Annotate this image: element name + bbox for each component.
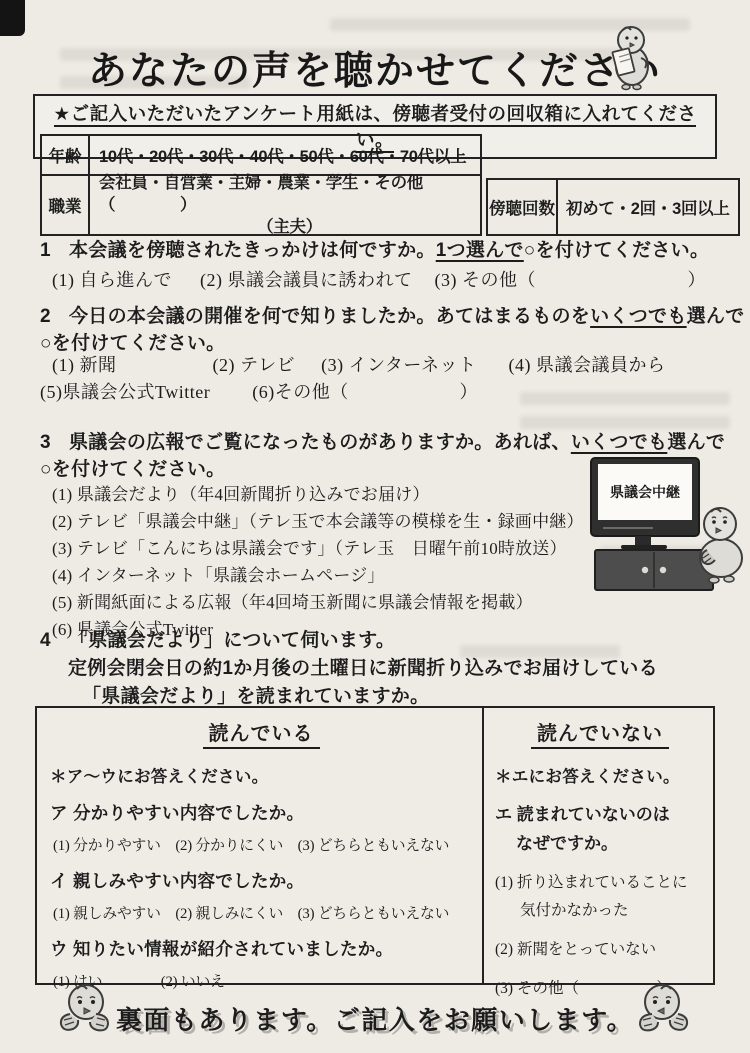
q1-text-underlined: 1つ選んで (436, 240, 524, 261)
tv-screen-text: 県議会中継 (610, 484, 680, 500)
q3-options: (1) 県議会だより（年4回新聞折り込みでお届け） (2) テレビ「県議会中継」… (52, 481, 584, 643)
q1-option-2: (2) 県議会議員に誘われて (200, 266, 413, 292)
q2-option-6: (6)その他（ (252, 378, 349, 404)
q1-options: (1) 自ら進んで (2) 県議会議員に誘われて (3) その他（ ） (52, 266, 706, 292)
q3-number: 3 (40, 429, 69, 456)
q2-option-3: (3) インターネット (321, 351, 476, 377)
q2-options-row2: (5)県議会公式Twitter (6)その他（ ） (40, 378, 478, 404)
scan-corner-artifact (0, 0, 25, 36)
tv-broadcast-illustration: 県議会中継 (583, 446, 745, 602)
occupation-label: 職業 (42, 176, 90, 234)
reading-instruction: ＊ア～ウにお答えください。 (50, 763, 472, 787)
kobaton-mascot-right-icon (628, 982, 692, 1042)
item-i-label: イ 親しみやすい内容でしたか。 (50, 868, 472, 893)
q2-text-post: 選んで (687, 306, 745, 327)
reading-header-text: 読んでいる (203, 723, 320, 749)
item-u-label: ウ 知りたい情報が紹介されていましたか。 (50, 936, 472, 961)
not-reading-column: 読んでいない ＊エにお答えください。 エ 読まれていないのは なぜですか。 (1… (484, 708, 713, 983)
item-e-label-line2: なぜですか。 (495, 834, 618, 853)
q2-text: 今日の本会議の開催を何で知りましたか。あてはまるものを (69, 306, 590, 327)
q2-option-1: (1) 新聞 (52, 351, 117, 377)
q1-number: 1 (40, 237, 69, 264)
occupation-options-line2: （主夫） (99, 216, 480, 238)
age-options: 10代・20代・30代・40代・50代・60代・70代以上 (90, 136, 480, 174)
item-e-label-line1: エ 読まれていないのは (495, 805, 670, 824)
q1-option-3-close-paren: ） (688, 266, 707, 292)
q4-heading: 4「県議会だより」について伺います。 (40, 627, 395, 654)
item-a-options: (1) 分かりやすい (2) 分かりにくい (3) どちらともいえない (50, 834, 472, 855)
occupation-row: 職業 会社員・自営業・主婦・農業・学生・その他（ ） （主夫） (42, 176, 480, 234)
q3-option-5: (5) 新聞紙面による広報（年4回埼玉新聞に県議会情報を掲載） (52, 589, 584, 616)
not-reading-instruction: ＊エにお答えください。 (495, 763, 705, 787)
item-e-label: エ 読まれていないのは なぜですか。 (495, 800, 705, 858)
age-row: 年齢 10代・20代・30代・40代・50代・60代・70代以上 (42, 136, 480, 176)
age-label: 年齢 (42, 136, 90, 174)
q1-option-1: (1) 自ら進んで (52, 266, 172, 292)
profile-table-main: 年齢 10代・20代・30代・40代・50代・60代・70代以上 職業 会社員・… (40, 134, 482, 236)
reading-column-header: 読んでいる (50, 717, 472, 746)
survey-form-page: あなたの声を聴かせてください ★ご記入いただいたアンケート用紙は、傍聴者受付の回… (0, 0, 750, 1053)
q3-text: 県議会の広報でご覧になったものがありますか。あれば、 (69, 432, 571, 453)
q2-text-underlined: いくつでも (590, 306, 687, 327)
q1-option-3: (3) その他（ (435, 266, 537, 292)
q2-option-5: (5)県議会公式Twitter (40, 378, 210, 404)
q2-options-row1: (1) 新聞 (2) テレビ (3) インターネット (4) 県議会議員から (52, 351, 700, 377)
q4-line2: 定例会閉会日の約1か月後の土曜日に新聞折り込みでお届けしている (68, 655, 658, 682)
reading-column: 読んでいる ＊ア～ウにお答えください。 ア 分かりやすい内容でしたか。 (1) … (37, 708, 484, 983)
attendance-options: 初めて・2回・3回以上 (558, 180, 738, 234)
occupation-options-line1: 会社員・自営業・主婦・農業・学生・その他（ ） (99, 172, 480, 216)
item-a-label: ア 分かりやすい内容でしたか。 (50, 800, 472, 825)
q3-option-4: (4) インターネット「県議会ホームページ」 (52, 562, 584, 589)
q4-line1: 「県議会だより」について伺います。 (69, 630, 395, 651)
q3-text-line2: ○を付けてください。 (40, 459, 225, 480)
item-e-option-1-line2: 気付かなかった (495, 902, 629, 919)
q2-option-4: (4) 県議会議員から (509, 351, 666, 377)
item-i-options: (1) 親しみやすい (2) 親しみにくい (3) どちらともいえない (50, 902, 472, 923)
item-e-option-1-line1: (1) 折り込まれていることに (495, 874, 687, 891)
attendance-cell: 傍聴回数 初めて・2回・3回以上 (486, 178, 740, 236)
q4-number: 4 (40, 627, 69, 654)
q4-answer-box: 読んでいる ＊ア～ウにお答えください。 ア 分かりやすい内容でしたか。 (1) … (35, 706, 715, 985)
profile-table: 年齢 10代・20代・30代・40代・50代・60代・70代以上 職業 会社員・… (40, 134, 482, 236)
q2-option-2: (2) テレビ (213, 351, 296, 377)
q1-text: 本会議を傍聴されたきっかけは何ですか。 (69, 240, 436, 261)
q3-option-3: (3) テレビ「こんにちは県議会です」（テレ玉 日曜午前10時放送） (52, 535, 584, 562)
attendance-label: 傍聴回数 (488, 180, 558, 234)
q2-number: 2 (40, 303, 69, 330)
bleedthrough-artifact (520, 416, 730, 429)
kobaton-mascot-writing-icon (601, 24, 659, 94)
q2-heading: 2今日の本会議の開催を何で知りましたか。あてはまるものをいくつでも選んで ○を付… (40, 303, 745, 357)
bleedthrough-artifact (520, 392, 730, 405)
q3-option-2: (2) テレビ「県議会中継」（テレ玉で本会議等の模様を生・録画中継） (52, 508, 584, 535)
not-reading-column-header: 読んでいない (495, 717, 705, 746)
occupation-options: 会社員・自営業・主婦・農業・学生・その他（ ） （主夫） (90, 176, 480, 234)
item-e-option-1: (1) 折り込まれていることに 気付かなかった (495, 869, 705, 925)
q1-text-post: ○を付けてください。 (524, 240, 709, 261)
q3-option-1: (1) 県議会だより（年4回新聞折り込みでお届け） (52, 481, 584, 508)
not-reading-header-text: 読んでいない (531, 723, 669, 749)
item-e-option-2: (2) 新聞をとっていない (495, 936, 705, 964)
q1-heading: 1本会議を傍聴されたきっかけは何ですか。1つ選んで○を付けてください。 (40, 237, 709, 264)
q2-option-6-close-paren: ） (460, 378, 479, 404)
